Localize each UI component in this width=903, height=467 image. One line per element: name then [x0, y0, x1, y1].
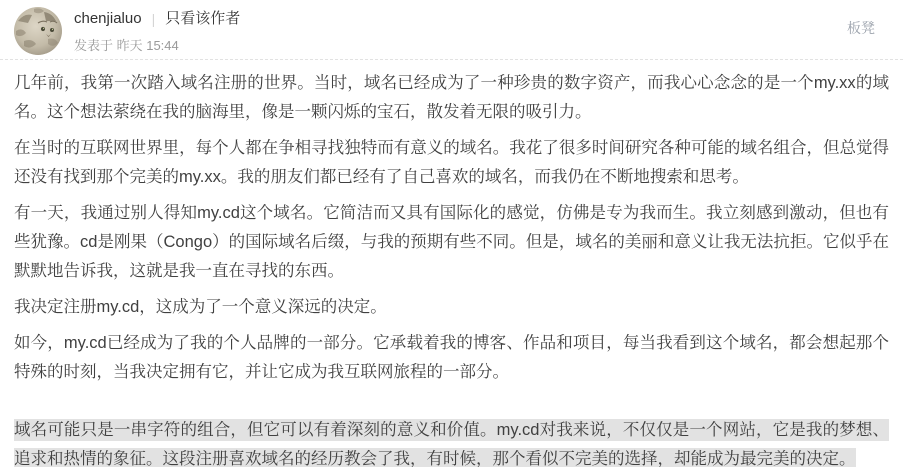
forum-post-page: { "post": { "author": "chenjialuo", "aut…: [0, 0, 903, 467]
post-header: chenjialuo | 只看该作者 发表于 昨天 15:44 板凳: [0, 0, 903, 55]
author-info: chenjialuo | 只看该作者 发表于 昨天 15:44: [14, 7, 889, 55]
highlighted-text: 域名可能只是一串字符的组合，但它可以有着深刻的意义和价值。my.cd对我来说，不…: [14, 419, 889, 467]
post-paragraph: 在当时的互联网世界里，每个人都在争相寻找独特而有意义的域名。我花了很多时间研究各…: [14, 134, 889, 192]
floor-label[interactable]: 板凳: [847, 18, 875, 38]
post-paragraph: 我决定注册my.cd，这成为了一个意义深远的决定。: [14, 293, 889, 322]
author-row: chenjialuo | 只看该作者: [74, 10, 240, 28]
cat-avatar-image: [14, 7, 62, 55]
view-author-only-link[interactable]: 只看该作者: [165, 10, 240, 28]
post-paragraph: 如今，my.cd已经成为了我的个人品牌的一部分。它承载着我的博客、作品和项目，每…: [14, 329, 889, 387]
post-paragraph: 有一天，我通过别人得知my.cd这个域名。它简洁而又具有国际化的感觉，仿佛是专为…: [14, 199, 889, 286]
post-body: 几年前，我第一次踏入域名注册的世界。当时，域名已经成为了一种珍贵的数字资产，而我…: [0, 60, 903, 467]
post-timestamp: 发表于 昨天 15:44: [74, 35, 240, 54]
author-block: chenjialuo | 只看该作者 发表于 昨天 15:44: [74, 7, 240, 54]
avatar[interactable]: [14, 7, 62, 55]
author-username[interactable]: chenjialuo: [74, 10, 142, 28]
post-paragraph: 几年前，我第一次踏入域名注册的世界。当时，域名已经成为了一种珍贵的数字资产，而我…: [14, 69, 889, 127]
post-paragraph-highlighted: 域名可能只是一串字符的组合，但它可以有着深刻的意义和价值。my.cd对我来说，不…: [14, 416, 889, 467]
separator-pipe: |: [152, 10, 156, 28]
